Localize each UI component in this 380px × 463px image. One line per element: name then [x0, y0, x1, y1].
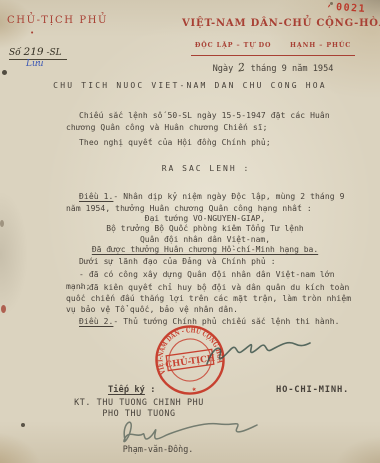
countersign-label: Tiếp ký : — [108, 384, 155, 396]
article-1-label: Điều 1. — [79, 192, 113, 201]
honoree-title-line-2: Quân đội nhân dân Việt-nam, — [40, 235, 370, 245]
honoree-block: Đại tướng VO-NGUYEN-GIAP, Bộ trưởng Bộ Q… — [40, 214, 370, 256]
preamble-paragraph-1: Chiếu sắc lệnh số 50-SL ngày 15-5-1947 đ… — [66, 110, 362, 134]
deputy-name: Phạm-văn-Đồng. — [58, 444, 258, 454]
honoree-title-line-1: Bộ trưởng Bộ Quốc phòng kiêm Tổng Tư lện… — [40, 224, 370, 234]
national-motto: ĐỘC LẬP – TỰ DO HẠNH – PHÚC — [195, 42, 351, 49]
star-icon: ★ — [191, 384, 197, 394]
ho-chi-minh-signature — [203, 336, 313, 372]
article-1: Điều 1.- Nhân dịp kỷ niệm ngày Độc lập, … — [66, 191, 362, 215]
paper-speck — [0, 220, 4, 227]
preamble-paragraph-2: Theo nghị quyết của Hội đồng Chính phủ; — [66, 137, 362, 149]
date-prefix: Ngày — [213, 64, 234, 74]
document-number: Số 219 -SL — [9, 46, 67, 60]
paper-speck — [2, 70, 7, 75]
paper-speck — [1, 305, 6, 313]
merit-intro: Dưới sự lãnh đạo của Đảng và Chính phủ : — [66, 256, 362, 268]
document-paper: CHỦ-TỊCH PHỦ • Số 219 -SL Lưu VIỆT-NAM D… — [0, 0, 380, 463]
office-mark-icon: • — [30, 29, 34, 37]
decree-heading: RA SAC LENH : — [66, 163, 346, 175]
document-number-suffix: -SL — [46, 48, 61, 58]
document-number-label: Số — [9, 48, 21, 58]
merit-bullet-2: - đã kiên quyết chỉ huy bộ đội và dân qu… — [66, 282, 364, 315]
serial-number: 0021 — [336, 2, 367, 15]
national-letterhead: VIỆT-NAM DÂN-CHỦ CỘNG-HÒA ĐỘC LẬP – TỰ D… — [182, 18, 364, 74]
paper-speck — [330, 2, 333, 5]
issuing-office-title: CHỦ-TỊCH PHỦ — [7, 15, 108, 26]
date-line: Ngày 2 tháng 9 năm 1954 — [182, 61, 364, 74]
document-number-value: 219 — [24, 46, 44, 58]
decree-issuer-title: CHU TICH NUOC VIET-NAM DAN CHU CONG HOA — [0, 81, 380, 90]
article-2-label: Điều 2. — [79, 317, 113, 326]
date-rest: tháng 9 năm 1954 — [251, 64, 334, 74]
countersign-label-text: Tiếp ký — [108, 385, 145, 395]
paper-speck — [21, 423, 25, 427]
honoree-prior-award-line: Đã được thưởng Huân chương Hồ-chí-Minh h… — [40, 245, 370, 255]
country-name: VIỆT-NAM DÂN-CHỦ CỘNG-HÒA — [182, 18, 364, 29]
deputy-title-line-1: KT. THU TUONG CHINH PHU — [39, 397, 239, 407]
serial-tick-mark: ’ — [324, 3, 333, 15]
handwritten-day: 2 — [238, 61, 247, 75]
countersign-colon: : — [145, 385, 156, 395]
motto-rule: ĐỘC LẬP – TỰ DO HẠNH – PHÚC — [191, 30, 355, 56]
honoree-name-line: Đại tướng VO-NGUYEN-GIAP, — [40, 214, 370, 224]
archive-note: Lưu — [26, 59, 44, 69]
president-name: HO-CHI-MINH. — [276, 385, 349, 395]
